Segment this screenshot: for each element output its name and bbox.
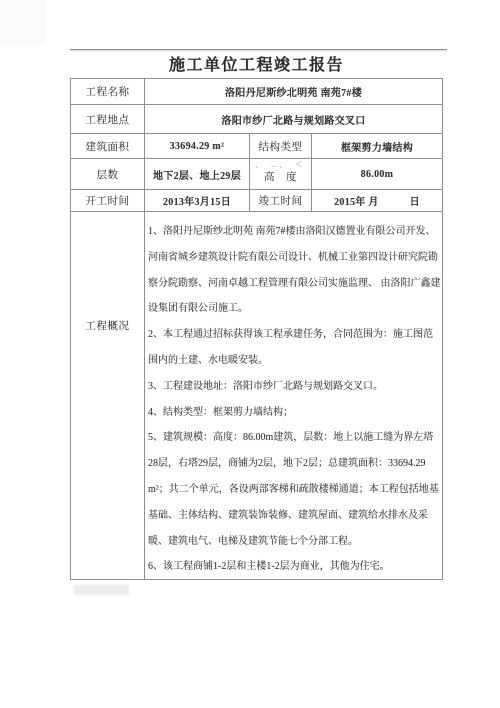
start-date-label: 开工时间	[71, 190, 144, 211]
overview-paragraph: 6、该工程商铺1-2层和主楼1-2层为商业，其他为住宅。	[148, 554, 441, 579]
table-row-project-name: 工程名称 洛阳丹尼斯纱北明苑 南苑7#楼	[71, 79, 442, 104]
height-value: 86.00m	[311, 159, 442, 189]
table-row-area-structure: 建筑面积 33694.29 m² 结构类型 框架剪力墙结构	[71, 133, 442, 158]
scan-marks: 、 ‥、 ＜	[250, 160, 311, 169]
completion-date-label: 竣工时间	[249, 190, 311, 211]
page-title: 施工单位工程竣工报告	[70, 52, 443, 75]
scan-corner-artifact	[0, 0, 45, 45]
title-top-rule	[70, 49, 447, 50]
project-name-value: 洛阳丹尼斯纱北明苑 南苑7#楼	[144, 79, 442, 104]
overview-paragraph: 1、洛阳丹尼斯纱北明苑 南苑7#楼由洛阳汉德置业有限公司开发、河南省城乡建筑设计…	[148, 219, 441, 322]
overview-content: 1、洛阳丹尼斯纱北明苑 南苑7#楼由洛阳汉德置业有限公司开发、河南省城乡建筑设计…	[144, 212, 442, 579]
overview-paragraph: 5、建筑规模：高度：86.00m建筑，层数：地上以施工缝为界左塔 28层，右塔2…	[148, 425, 441, 554]
overview-paragraph: 2、本工程通过招标获得该工程承建任务，合同范围为：施工图范围内的土建、水电暖安装…	[148, 322, 441, 374]
scan-smudge-artifact	[74, 585, 129, 595]
structure-type-label: 结构类型	[249, 134, 311, 158]
location-value: 洛阳市纱厂北路与规划路交叉口	[144, 105, 442, 133]
floors-label: 层数	[71, 159, 144, 189]
overview-label: 工程概况	[71, 212, 144, 579]
table-row-floors-height: 层数 地下2层、地上29层 、 ‥、 ＜ 高 度 86.00m	[71, 158, 442, 189]
height-label: 高 度	[264, 169, 297, 184]
structure-type-value: 框架剪力墙结构	[311, 134, 442, 158]
report-table: 工程名称 洛阳丹尼斯纱北明苑 南苑7#楼 工程地点 洛阳市纱厂北路与规划路交叉口…	[70, 78, 443, 580]
location-label: 工程地点	[71, 105, 144, 133]
scanned-report-page: 施工单位工程竣工报告 工程名称 洛阳丹尼斯纱北明苑 南苑7#楼 工程地点 洛阳市…	[0, 0, 500, 708]
completion-date-value: 2015年 月 日	[311, 190, 442, 211]
table-row-dates: 开工时间 2013年3月15日 竣工时间 2015年 月 日	[71, 189, 442, 211]
floors-value: 地下2层、地上29层	[144, 159, 249, 189]
overview-paragraph: 3、工程建设地址：洛阳市纱厂北路与规划路交叉口。	[148, 374, 441, 400]
table-row-location: 工程地点 洛阳市纱厂北路与规划路交叉口	[71, 104, 442, 133]
height-label-cell: 、 ‥、 ＜ 高 度	[249, 159, 311, 189]
table-row-overview: 工程概况 1、洛阳丹尼斯纱北明苑 南苑7#楼由洛阳汉德置业有限公司开发、河南省城…	[71, 211, 442, 579]
overview-paragraph: 4、结构类型：框架剪力墙结构；	[148, 400, 441, 426]
project-name-label: 工程名称	[71, 79, 144, 104]
area-value: 33694.29 m²	[144, 134, 249, 158]
start-date-value: 2013年3月15日	[144, 190, 249, 211]
area-label: 建筑面积	[71, 134, 144, 158]
